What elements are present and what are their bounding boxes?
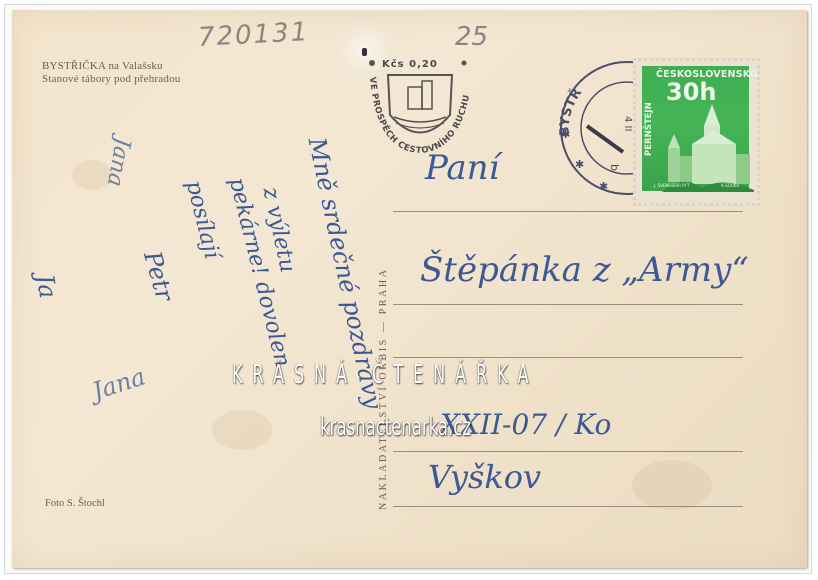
stain [212, 410, 272, 450]
stamp-footer: J. SVENGSBIR RYT K.SOUKA [654, 183, 739, 188]
address-line-4 [393, 451, 743, 452]
tourism-cachet: Kčs 0,20 VE PROSPĚCH CESTOVNÍHO RUCHU [360, 55, 480, 155]
postmark-letter: b [608, 164, 621, 171]
cachet-text: VE PROSPĚCH CESTOVNÍHO RUCHU [367, 77, 472, 155]
pencil-catalog-number: 720131 [197, 17, 310, 53]
postmark-date: 4 II [622, 116, 633, 131]
stamp-place: PERNŠTEJN [644, 102, 654, 156]
stamp-face: ČESKOSLOVENSKO 30h PERNŠTEJN J. SVENGSBI… [642, 66, 749, 191]
watermark-url: krasnactenarka.cz [320, 412, 471, 441]
cachet-value: Kčs 0,20 [382, 58, 438, 70]
address-line-5 [393, 506, 743, 507]
svg-text:✱: ✱ [575, 158, 584, 171]
caption-line-1: BYSTŘIČKA na Valašsku [42, 60, 180, 73]
svg-text:VE PROSPĚCH CESTOVNÍHO RUCHU: VE PROSPĚCH CESTOVNÍHO RUCHU [367, 77, 472, 155]
watermark-title: KRÁSNÁ ČTENÁŘKA [232, 360, 538, 390]
stamp-designer: K.SOUKA [721, 183, 739, 188]
address-line-1 [393, 211, 743, 212]
address-line-3 [393, 357, 743, 358]
svg-text:✱: ✱ [599, 180, 608, 193]
svg-text:✱: ✱ [561, 128, 570, 141]
postage-stamp: ČESKOSLOVENSKO 30h PERNŠTEJN J. SVENGSBI… [633, 58, 760, 206]
printed-caption: BYSTŘIČKA na Valašsku Stanové tábory pod… [42, 60, 180, 86]
address-city: Vyškov [428, 458, 541, 496]
photo-credit: Foto S. Štochl [45, 498, 105, 509]
stamp-value: 30h [666, 78, 716, 106]
stamp-engraver: J. SVENGSBIR RYT [654, 183, 690, 188]
pencil-corner-mark: 25 [455, 22, 488, 52]
cachet-dot-icon [369, 60, 375, 66]
caption-line-2: Stanové tábory pod přehradou [42, 73, 180, 86]
castle-icon [662, 104, 754, 192]
address-salutation: Paní [425, 148, 499, 188]
address-name: Štěpánka z „Army“ [420, 250, 749, 290]
stain [632, 460, 712, 510]
signature-ja: Ja [30, 272, 62, 300]
address-line-2 [393, 304, 743, 305]
